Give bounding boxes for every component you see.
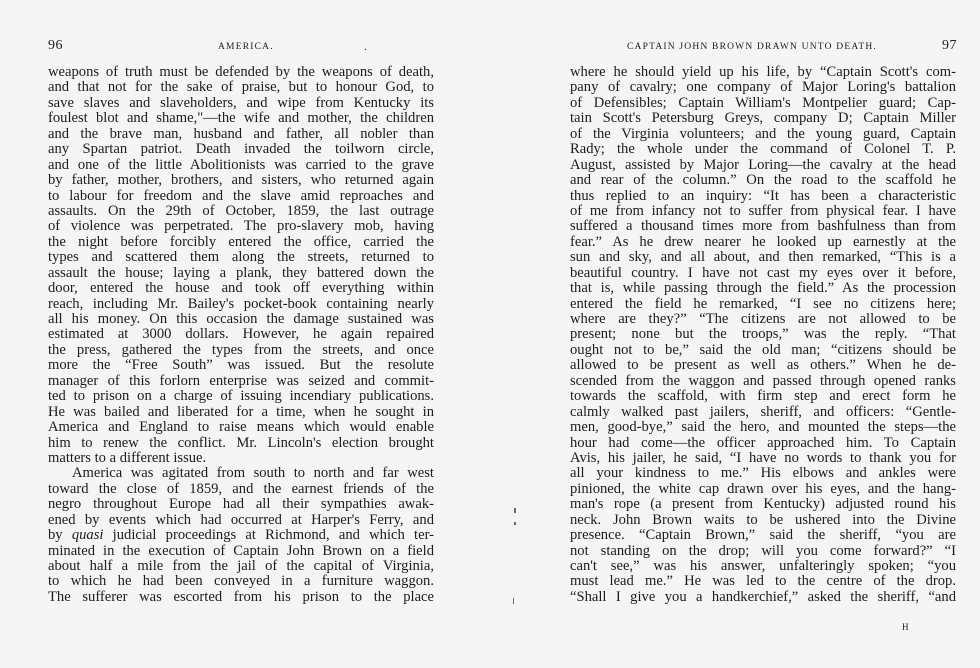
text-line: The sufferer was escorted from his priso… <box>48 590 434 605</box>
text-line: “Shall I give you a handkerchief,” asked… <box>570 590 956 605</box>
text-line: sun and sky, and all about, and then rem… <box>570 250 956 265</box>
text-line: negro throughout Europe had all their sy… <box>48 497 434 512</box>
text-line: to which he had been conveyed in a furni… <box>48 574 434 589</box>
right-running-head: CAPTAIN JOHN BROWN DRAWN UNTO DEATH. 97 <box>572 38 957 54</box>
text-line: America and England to raise means which… <box>48 420 434 435</box>
text-line: and that not for the sake of praise, but… <box>48 80 434 95</box>
paragraph-end-line: matters to a different issue. <box>48 451 434 466</box>
text-line: where he should yield up his life, by “C… <box>570 65 956 80</box>
book-spread: 96 AMERICA. . weapons of truth must be d… <box>0 0 980 668</box>
italic-word: quasi <box>72 527 104 543</box>
text-line: toward the close of 1859, and the earnes… <box>48 482 434 497</box>
text-line: calmly walked past jailers, sheriff, and… <box>570 405 956 420</box>
text-line: more the “Free South” was issued. But th… <box>48 358 434 373</box>
text-line: foulest blot and shame,"—the wife and mo… <box>48 111 434 126</box>
text-line: door, entered the house and took off eve… <box>48 281 434 296</box>
right-page-body: where he should yield up his life, by “C… <box>570 65 956 605</box>
page-number-left: 96 <box>48 38 63 54</box>
signature-mark: H <box>902 622 910 632</box>
text-line: to labour for freedom and the slave amid… <box>48 189 434 204</box>
text-line: assaults. On the 29th of October, 1859, … <box>48 204 434 219</box>
text-line: pany of cavalry; one company of Major Lo… <box>570 80 956 95</box>
left-running-head: 96 AMERICA. . <box>48 38 434 54</box>
text-line: hour had come—the officer approached him… <box>570 436 956 451</box>
text-line: can't see,” was his answer, unfalteringl… <box>570 559 956 574</box>
text-line: towards the scaffold, with firm step and… <box>570 389 956 404</box>
text-line: pinioned, the white cap drawn over his e… <box>570 482 956 497</box>
text-line: scended from the waggon and passed throu… <box>570 374 956 389</box>
text-line: manager of this forlorn enterprise was s… <box>48 374 434 389</box>
text-line: man's rope (a present from Kentucky) adj… <box>570 497 956 512</box>
right-page: CAPTAIN JOHN BROWN DRAWN UNTO DEATH. 97 … <box>490 0 980 668</box>
text-line: all your kindness to me.” His elbows and… <box>570 466 956 481</box>
running-head-mark: . <box>364 38 367 54</box>
text-line-italic: by quasi judicial proceedings at Richmon… <box>48 528 434 543</box>
left-page-body: weapons of truth must be defended by the… <box>48 65 434 605</box>
text-line: suffered a thousand times more from bash… <box>570 219 956 234</box>
text-line: beautiful country. I have not cast my ey… <box>570 266 956 281</box>
text-line: He was bailed and liberated for a time, … <box>48 405 434 420</box>
text-line: that is, while passing through the field… <box>570 281 956 296</box>
text-line: men, good-bye,” said the hero, and mount… <box>570 420 956 435</box>
text-line: types and scattered them along the stree… <box>48 250 434 265</box>
text-line: minated in the execution of Captain John… <box>48 544 434 559</box>
text-line: reach, including Mr. Bailey's pocket-boo… <box>48 297 434 312</box>
text-line: present; none but the troops,” was the r… <box>570 327 956 342</box>
running-head-title-right: CAPTAIN JOHN BROWN DRAWN UNTO DEATH. <box>627 39 877 55</box>
text-line: the press, gathered the types from the s… <box>48 343 434 358</box>
text-line: save slaves and slaveholders, and wipe f… <box>48 96 434 111</box>
text-line: August, assisted by Major Loring—the cav… <box>570 158 956 173</box>
text-line: Avis, his jailer, he said, “I have no wo… <box>570 451 956 466</box>
text-line: weapons of truth must be defended by the… <box>48 65 434 80</box>
text-line: allowed to be present as well as others.… <box>570 358 956 373</box>
text-line: of the Virginia volunteers; and the youn… <box>570 127 956 142</box>
text-line: the night before forcibly entered the of… <box>48 235 434 250</box>
text-line: assault the house; laying a plank, they … <box>48 266 434 281</box>
text-line: ought not to be,” said the old man; “cit… <box>570 343 956 358</box>
text-line: and the brave man, husband and father, a… <box>48 127 434 142</box>
text-line: by father, mother, brothers, and sisters… <box>48 173 434 188</box>
text-line: presence. “Captain Brown,” said the sher… <box>570 528 956 543</box>
text-line: of me from infancy not to suffer from ph… <box>570 204 956 219</box>
text-line: tain Scott's Petersburg Greys, company D… <box>570 111 956 126</box>
paragraph-start-line: America was agitated from south to north… <box>48 466 434 481</box>
text-line: of Defensibles; Captain William's Montpe… <box>570 96 956 111</box>
left-page: 96 AMERICA. . weapons of truth must be d… <box>0 0 490 668</box>
page-number-right: 97 <box>942 38 957 54</box>
text-line: and one of the little Abolitionists was … <box>48 158 434 173</box>
text-line: not standing on the drop; will you come … <box>570 544 956 559</box>
text-line: ted to prison on a charge of issuing inc… <box>48 389 434 404</box>
text-line: where are they?” “The citizens are not a… <box>570 312 956 327</box>
text-line: about half a mile from the jail of the c… <box>48 559 434 574</box>
text-line: neck. John Brown waits to be ushered int… <box>570 513 956 528</box>
text-line: fear.” As he drew nearer he looked up ea… <box>570 235 956 250</box>
text-line: entered the field he remarked, “I see no… <box>570 297 956 312</box>
running-head-title-left: AMERICA. <box>218 39 274 55</box>
text-line: estimated at 3000 dollars. However, he a… <box>48 327 434 342</box>
text-line: must lead me.” He was led to the centre … <box>570 574 956 589</box>
text-line: ened by events which had occurred at Har… <box>48 513 434 528</box>
text-line: and rear of the column.” On the road to … <box>570 173 956 188</box>
text-line: any Spartan patriot. Death invaded the t… <box>48 142 434 157</box>
text-line: him to renew the conflict. Mr. Lincoln's… <box>48 436 434 451</box>
text-line: all his money. On this occasion the dama… <box>48 312 434 327</box>
text-line: Rady; the whole under the command of Col… <box>570 142 956 157</box>
text-line: of violence was perpetrated. The pro-sla… <box>48 219 434 234</box>
text-line: thus replied to an inquiry: “It has been… <box>570 189 956 204</box>
